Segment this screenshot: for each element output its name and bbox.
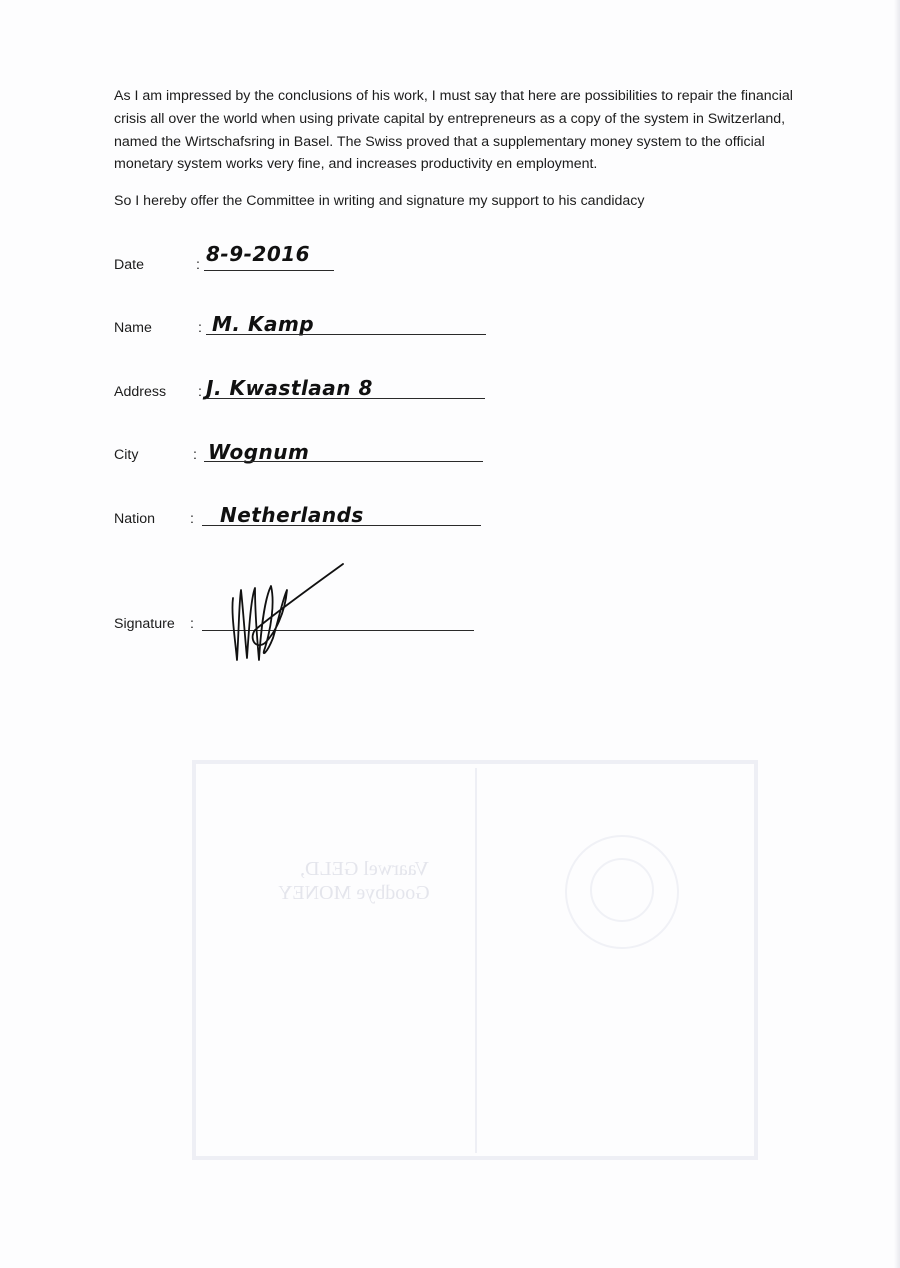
reverse-side-bleed-divider <box>475 768 477 1153</box>
date-colon: : <box>196 257 200 273</box>
address-colon: : <box>198 384 202 400</box>
date-value: 8-9-2016 <box>206 242 310 266</box>
date-label: Date <box>114 257 144 273</box>
name-label: Name <box>114 320 152 336</box>
body-paragraph-1: As I am impressed by the conclusions of … <box>114 85 794 176</box>
date-line[interactable] <box>204 270 334 271</box>
nation-line[interactable] <box>202 525 481 526</box>
name-colon: : <box>198 320 202 336</box>
name-value: M. Kamp <box>212 312 314 336</box>
city-line[interactable] <box>204 461 483 462</box>
signature-label: Signature <box>114 616 175 632</box>
address-label: Address <box>114 384 166 400</box>
scanned-page: Vaarwel GELD, Goodbye MONEY As I am impr… <box>0 0 900 1268</box>
nation-colon: : <box>190 511 194 527</box>
city-colon: : <box>193 447 197 463</box>
reverse-side-bleed-subtitle: Goodbye MONEY <box>278 882 430 905</box>
reverse-side-bleed-circle-inner <box>590 858 654 922</box>
reverse-side-bleed-title: Vaarwel GELD, <box>300 858 429 881</box>
city-label: City <box>114 447 138 463</box>
nation-value: Netherlands <box>220 503 364 527</box>
address-line[interactable] <box>206 398 485 399</box>
nation-label: Nation <box>114 511 155 527</box>
body-paragraph-2: So I hereby offer the Committee in writi… <box>114 190 794 213</box>
handwritten-signature <box>225 558 355 668</box>
name-line[interactable] <box>206 334 486 335</box>
address-value: J. Kwastlaan 8 <box>206 376 373 400</box>
signature-colon: : <box>190 616 194 632</box>
page-edge-shadow <box>894 0 900 1268</box>
